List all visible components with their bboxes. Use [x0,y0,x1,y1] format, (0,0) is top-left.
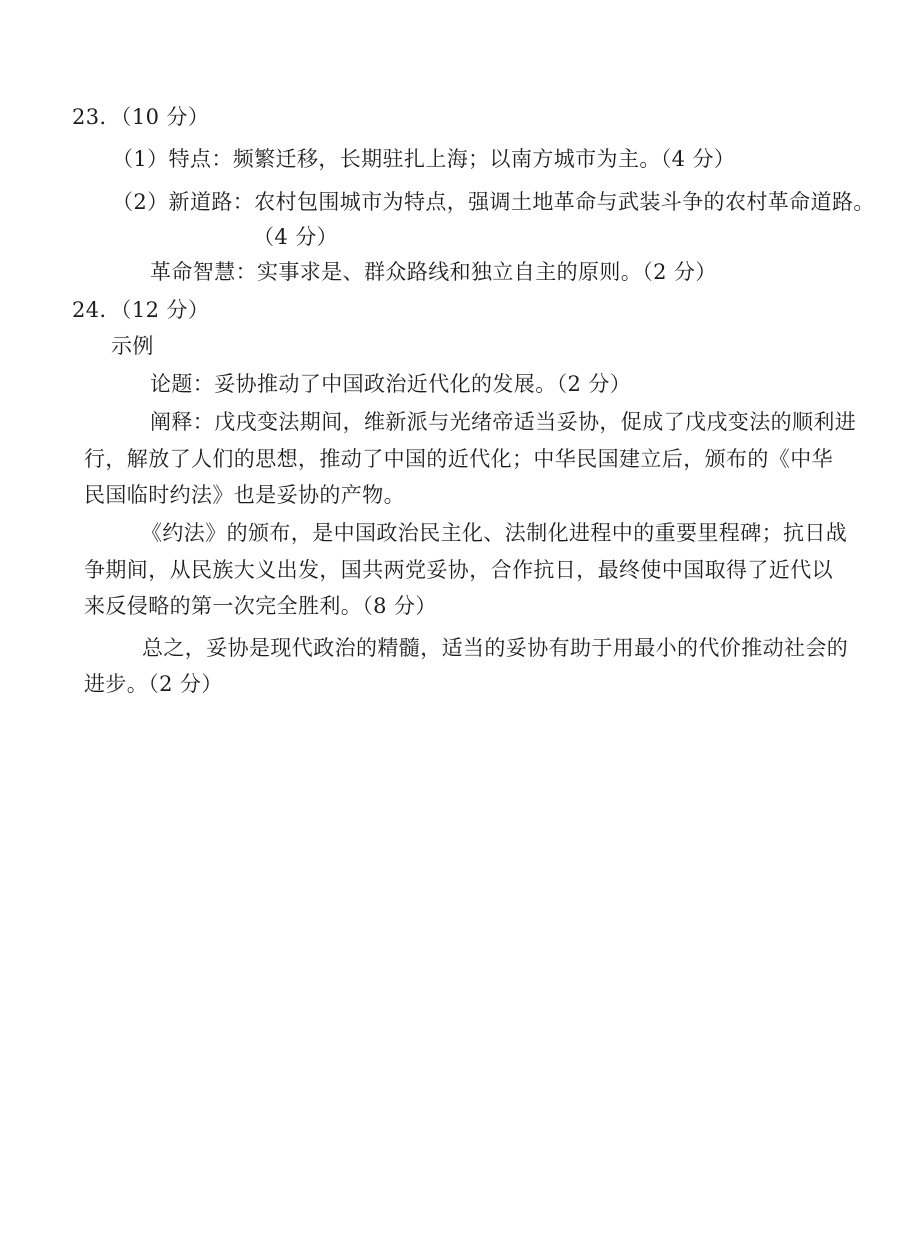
q24-thesis-line: 论题：妥协推动了中国政治近代化的发展。（2 分） [150,371,631,397]
q24-explanation-line: 争期间，从民族大义出发，国共两党妥协，合作抗日，最终使中国取得了近代以 [84,557,833,583]
q24-example-label: 示例 [111,333,154,359]
q23-answer-2: （2）新道路：农村包围城市为特点，强调土地革命与武装斗争的农村革命道路。 [112,189,875,215]
q23-header-line: 23．（10 分） [72,104,209,130]
answer-sheet-page: 23．（10 分） （1）特点：频繁迁移，长期驻扎上海；以南方城市为主。（4 分… [0,0,900,1260]
q24-explanation-line: 总之，妥协是现代政治的精髓，适当的妥协有助于用最小的代价推动社会的 [142,635,848,661]
q24-header-line: 24．（12 分） [72,297,209,323]
q24-explanation-line: 行，解放了人们的思想，推动了中国的近代化；中华民国建立后，颁布的《中华 [84,446,833,472]
q23-answer-1: （1）特点：频繁迁移，长期驻扎上海；以南方城市为主。（4 分） [112,146,735,172]
q24-explanation-line: 民国临时约法》也是妥协的产物。 [84,482,405,508]
q24-explanation-line: 进步。（2 分） [84,671,223,697]
q24-explanation-line: 《约法》的颁布，是中国政治民主化、法制化进程中的重要里程碑；抗日战 [141,520,847,546]
q23-answer-2-score: （4 分） [253,224,338,250]
q24-explanation-line: 阐释：戊戌变法期间，维新派与光绪帝适当妥协，促成了戊戌变法的顺利进 [150,409,856,435]
q23-answer-wisdom: 革命智慧：实事求是、群众路线和独立自主的原则。（2 分） [150,259,717,285]
q24-explanation-line: 来反侵略的第一次完全胜利。（8 分） [84,593,437,619]
